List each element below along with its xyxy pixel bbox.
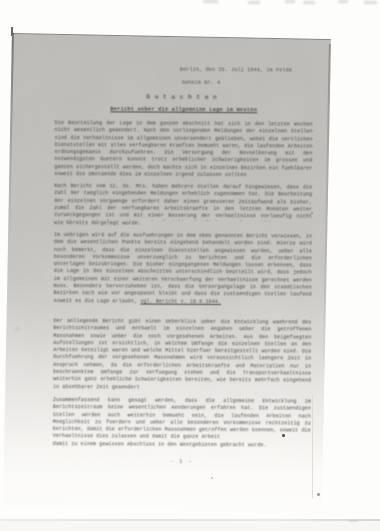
paragraph-1: Die Beurteilung der Lage in dem ganzen A…	[54, 120, 312, 180]
dateline-line-1: Berlin, den 25. Juli 1944, im Felde	[180, 67, 292, 74]
paragraph-1-last-line: soweit die Umstaende dies im einzelnen i…	[54, 171, 246, 179]
document-subtitle: Bericht ueber die allgemeine Lage im Wes…	[55, 106, 355, 114]
dateline-line-2: Geheim Nr. 4	[182, 80, 220, 87]
typewritten-text-layer: Berlin, den 25. Juli 1944, im Felde Gehe…	[0, 0, 380, 531]
paragraph-5-body: Zusammenfassend kann gesagt werden, dass…	[53, 397, 311, 443]
paragraph-4-last-line: in absehbarer Zeit geaendert.	[53, 384, 141, 392]
paragraph-3-tail-text: soweit es die Lage erlaubt,	[54, 298, 141, 305]
scan-speck	[15, 327, 20, 331]
paragraph-5-last-line: damit zu einem gewissen Abschluss in den…	[53, 441, 271, 450]
paragraph-3-last-line: soweit es die Lage erlaubt, vgl. Bericht…	[54, 298, 250, 306]
paragraph-3-tail-underlined: vgl. Bericht v. 18.6.1944.	[140, 299, 221, 305]
paragraph-4-body: Der anliegende Bericht gibt einen Ueberb…	[53, 318, 311, 386]
scan-speck	[317, 493, 320, 496]
paragraph-2-body: Nach Bericht vom 12. ds. Mts. haben mehr…	[54, 183, 312, 222]
page-edge-lower-right	[312, 394, 313, 498]
scan-speck	[211, 477, 213, 479]
paragraph-3-body: Im uebrigen wird auf die Ausfuehrungen i…	[54, 232, 312, 300]
scan-edge-shadow	[0, 521, 380, 531]
paragraph-1-body: Die Beurteilung der Lage in dem ganzen A…	[54, 120, 312, 173]
paragraph-2-last-line: wie bereits dargelegt wurde.	[54, 220, 176, 228]
paragraph-3: Im uebrigen wird auf die Ausfuehrungen i…	[54, 232, 312, 307]
scanned-document-photo: Berlin, den 25. Juli 1944, im Felde Gehe…	[0, 0, 380, 531]
paragraph-2: Nach Bericht vom 12. ds. Mts. haben mehr…	[54, 183, 312, 229]
scan-speck	[282, 434, 285, 437]
paragraph-5: Zusammenfassend kann gesagt werden, dass…	[53, 397, 311, 450]
document-title: Gutachten	[55, 93, 347, 102]
scan-speck	[311, 212, 313, 214]
page-number: - 1 -	[53, 458, 311, 466]
paragraph-4: Der anliegende Bericht gibt einen Ueberb…	[53, 318, 311, 393]
